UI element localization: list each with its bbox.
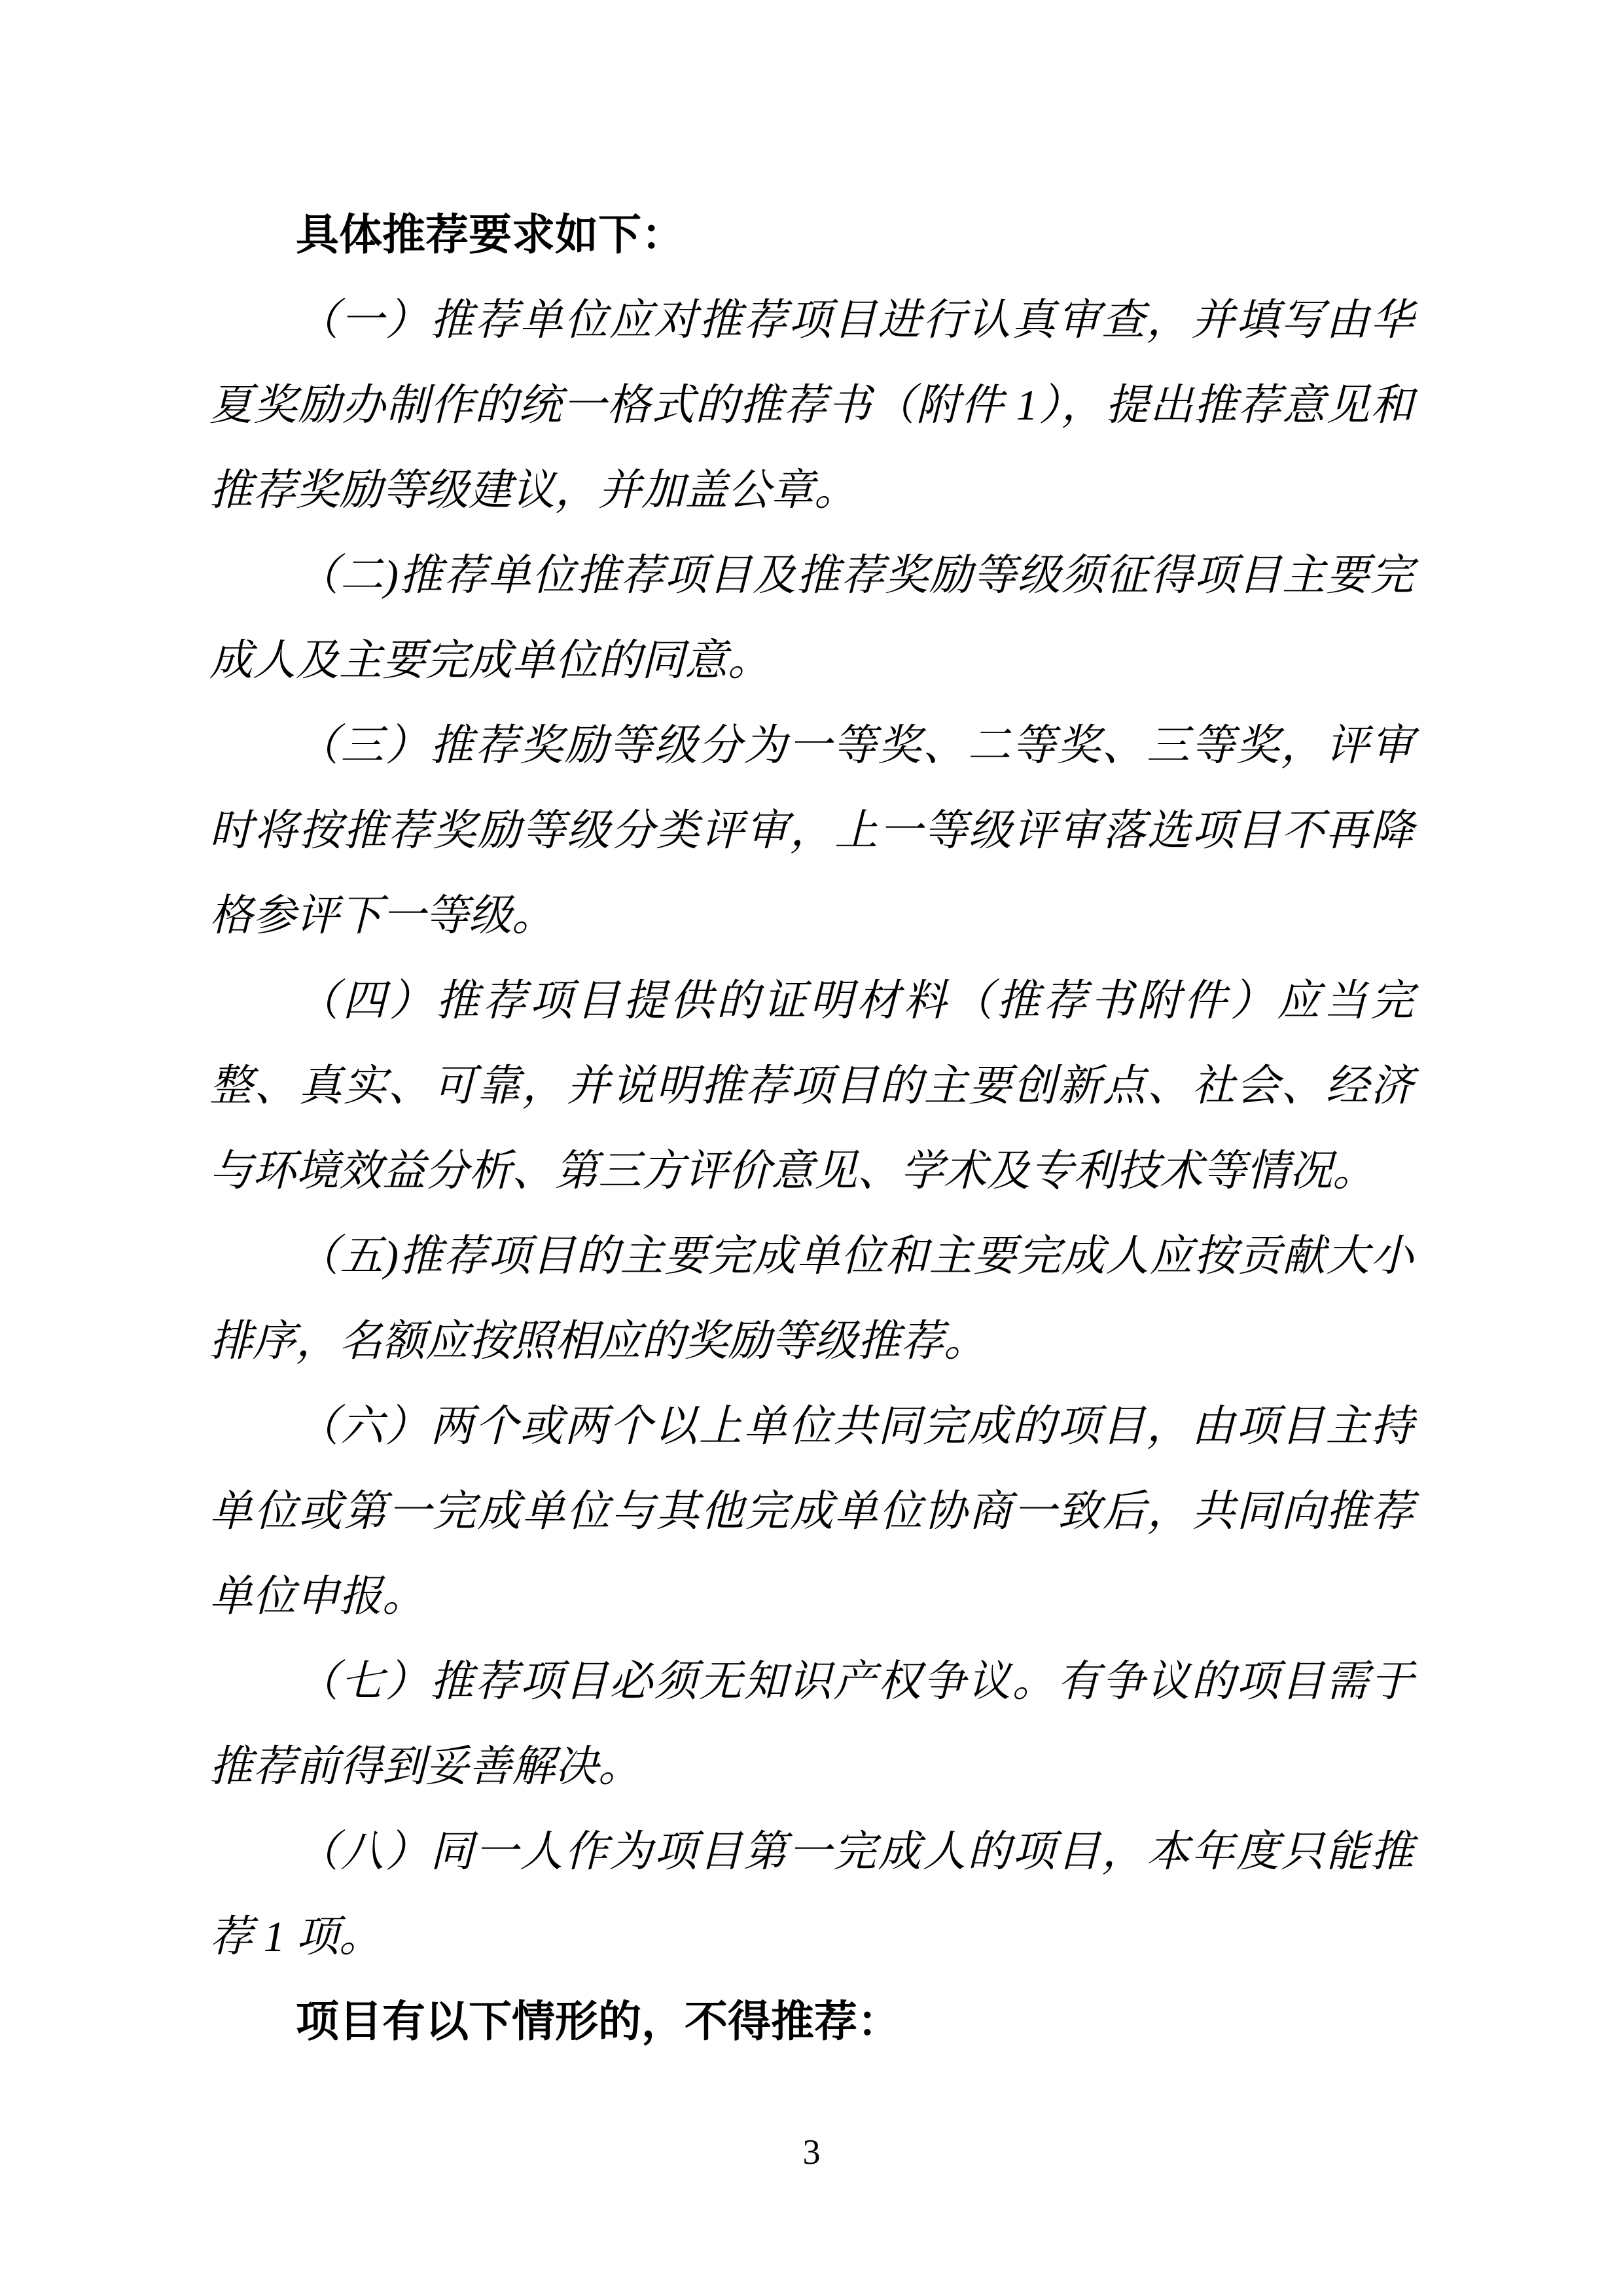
requirement-item-5: （五)推荐项目的主要完成单位和主要完成人应按贡献大小排序，名额应按照相应的奖励等… (209, 1214, 1414, 1384)
requirement-item-1: （一）推荐单位应对推荐项目进行认真审查，并填写由华夏奖励办制作的统一格式的推荐书… (209, 278, 1414, 533)
page-number: 3 (0, 2128, 1623, 2176)
requirement-item-2: （二)推荐单位推荐项目及推荐奖励等级须征得项目主要完成人及主要完成单位的同意。 (209, 533, 1414, 704)
document-page: 具体推荐要求如下： （一）推荐单位应对推荐项目进行认真审查，并填写由华夏奖励办制… (0, 0, 1623, 2296)
section-heading-requirements: 具体推荐要求如下： (209, 193, 1414, 278)
requirement-item-3: （三）推荐奖励等级分为一等奖、二等奖、三等奖，评审时将按推荐奖励等级分类评审，上… (209, 704, 1414, 959)
requirement-item-8: （八）同一人作为项目第一完成人的项目，本年度只能推荐 1 项。 (209, 1810, 1414, 1980)
requirement-item-4: （四）推荐项目提供的证明材料（推荐书附件）应当完整、真实、可靠，并说明推荐项目的… (209, 959, 1414, 1214)
section-heading-exclusions: 项目有以下情形的，不得推荐： (209, 1980, 1414, 2065)
document-body: 具体推荐要求如下： （一）推荐单位应对推荐项目进行认真审查，并填写由华夏奖励办制… (209, 193, 1414, 2065)
requirement-item-6: （六）两个或两个以上单位共同完成的项目，由项目主持单位或第一完成单位与其他完成单… (209, 1384, 1414, 1640)
requirement-item-7: （七）推荐项目必须无知识产权争议。有争议的项目需于推荐前得到妥善解决。 (209, 1640, 1414, 1810)
